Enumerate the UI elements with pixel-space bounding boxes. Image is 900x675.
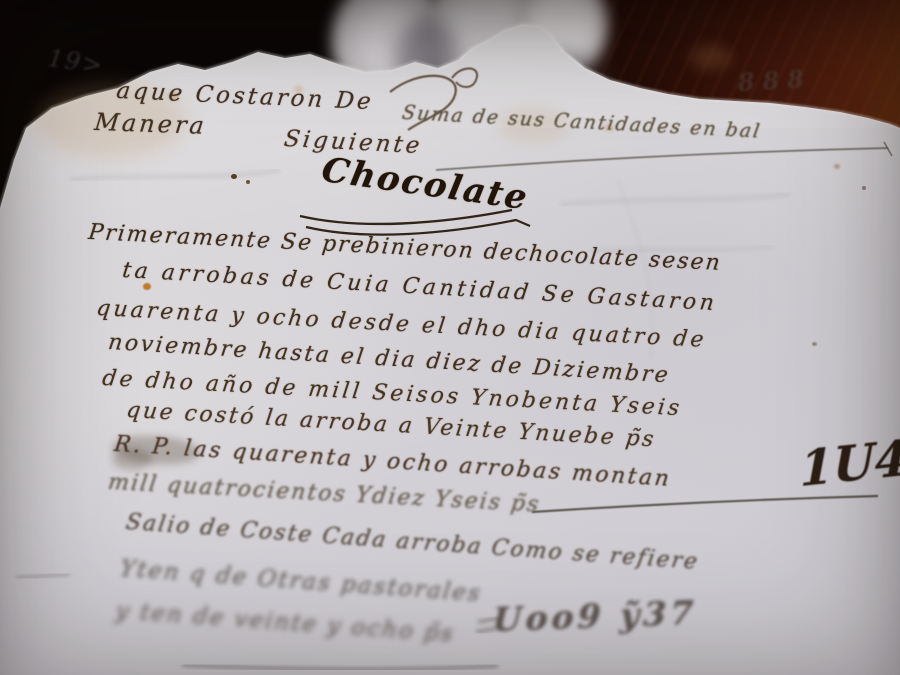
foxing-dot [294, 86, 303, 93]
ink-speck [246, 180, 250, 184]
foxing-dot [168, 92, 179, 100]
foxing-dot [862, 186, 866, 190]
ink-speck [231, 174, 237, 179]
torn-paper-shape [0, 24, 900, 675]
foxing-dot [834, 164, 840, 169]
foxing-dot [604, 124, 614, 131]
manuscript-page [0, 0, 900, 675]
foxing-dot [812, 342, 817, 346]
manuscript-photo: 19> 888 aque Costaron De Manera Siguient… [0, 0, 900, 675]
ink-smudge [112, 448, 152, 470]
orange-speck [143, 283, 151, 290]
